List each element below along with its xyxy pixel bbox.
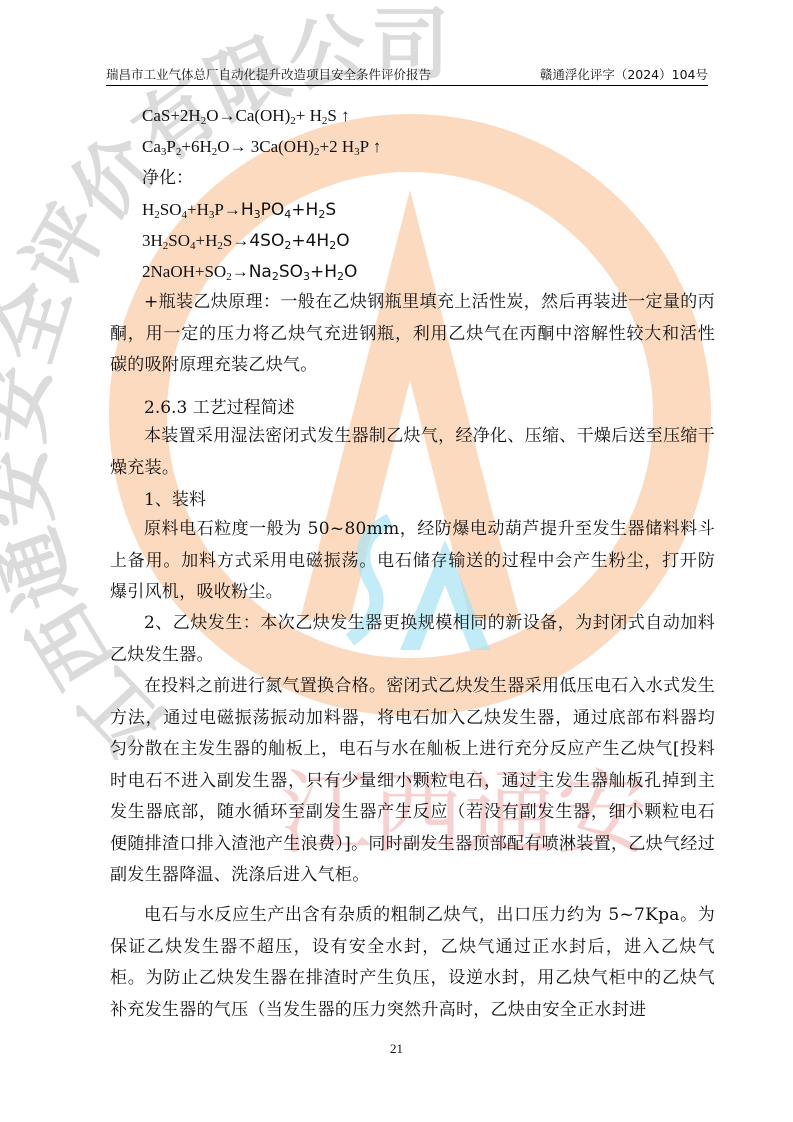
- equation-cas-hydrolysis: CaS+2H2O→Ca(OH)2+ H2S ↑: [142, 104, 350, 128]
- report-number: 赣通浮化评字（2024）104号: [540, 65, 708, 83]
- report-title: 瑞昌市工业气体总厂自动化提升改造项目安全条件评价报告: [106, 65, 431, 83]
- step1-heading: 1、装料: [144, 485, 206, 516]
- purification-label: 净化：: [142, 166, 193, 190]
- section-heading: 2.6.3 工艺过程简述: [144, 393, 295, 424]
- paragraph-generator: 2、乙炔发生：本次乙炔发生器更换规模相同的新设备，为封闭式自动加料乙炔发生器。: [110, 608, 715, 671]
- equation-h2s-oxidation: 3H2SO4+H2S→4SO2+4H2O: [142, 229, 350, 253]
- paragraph-process-overview: 本装置采用湿法密闭式发生器制乙炔气，经净化、压缩、干燥后送至压缩干燥充装。: [110, 421, 715, 484]
- page-header: 瑞昌市工业气体总厂自动化提升改造项目安全条件评价报告 赣通浮化评字（2024）1…: [106, 66, 708, 86]
- paragraph-feeding: 在投料之前进行氮气置换合格。密闭式乙炔发生器采用低压电石入水式发生方法，通过电磁…: [110, 671, 715, 892]
- equation-so2-absorption: 2NaOH+SO2→Na2SO3+H2O: [142, 260, 357, 284]
- paragraph-loading: 原料电石粒度一般为 50~80mm，经防爆电动葫芦提升至发生器储料料斗上备用。加…: [110, 514, 715, 609]
- paragraph-bottled-acetylene: +瓶装乙炔原理：一般在乙炔钢瓶里填充上活性炭，然后再装进一定量的丙酮，用一定的压…: [110, 287, 715, 382]
- document-page: 江西通安安全评价有限公司 江西通安 瑞昌市工业气体总厂自动化提升改造项目安全条件…: [0, 0, 793, 1122]
- paragraph-reaction: 电石与水反应生产出含有杂质的粗制乙炔气，出口压力约为 5~7Kpa。为保证乙炔发…: [110, 900, 715, 1026]
- page-number: 21: [0, 1041, 793, 1057]
- equation-ca3p2-hydrolysis: Ca3P2+6H2O→ 3Ca(OH)2+2 H3P ↑: [142, 135, 381, 159]
- equation-h3p-oxidation: H2SO4+H3P→H3PO4+H2S: [142, 198, 336, 222]
